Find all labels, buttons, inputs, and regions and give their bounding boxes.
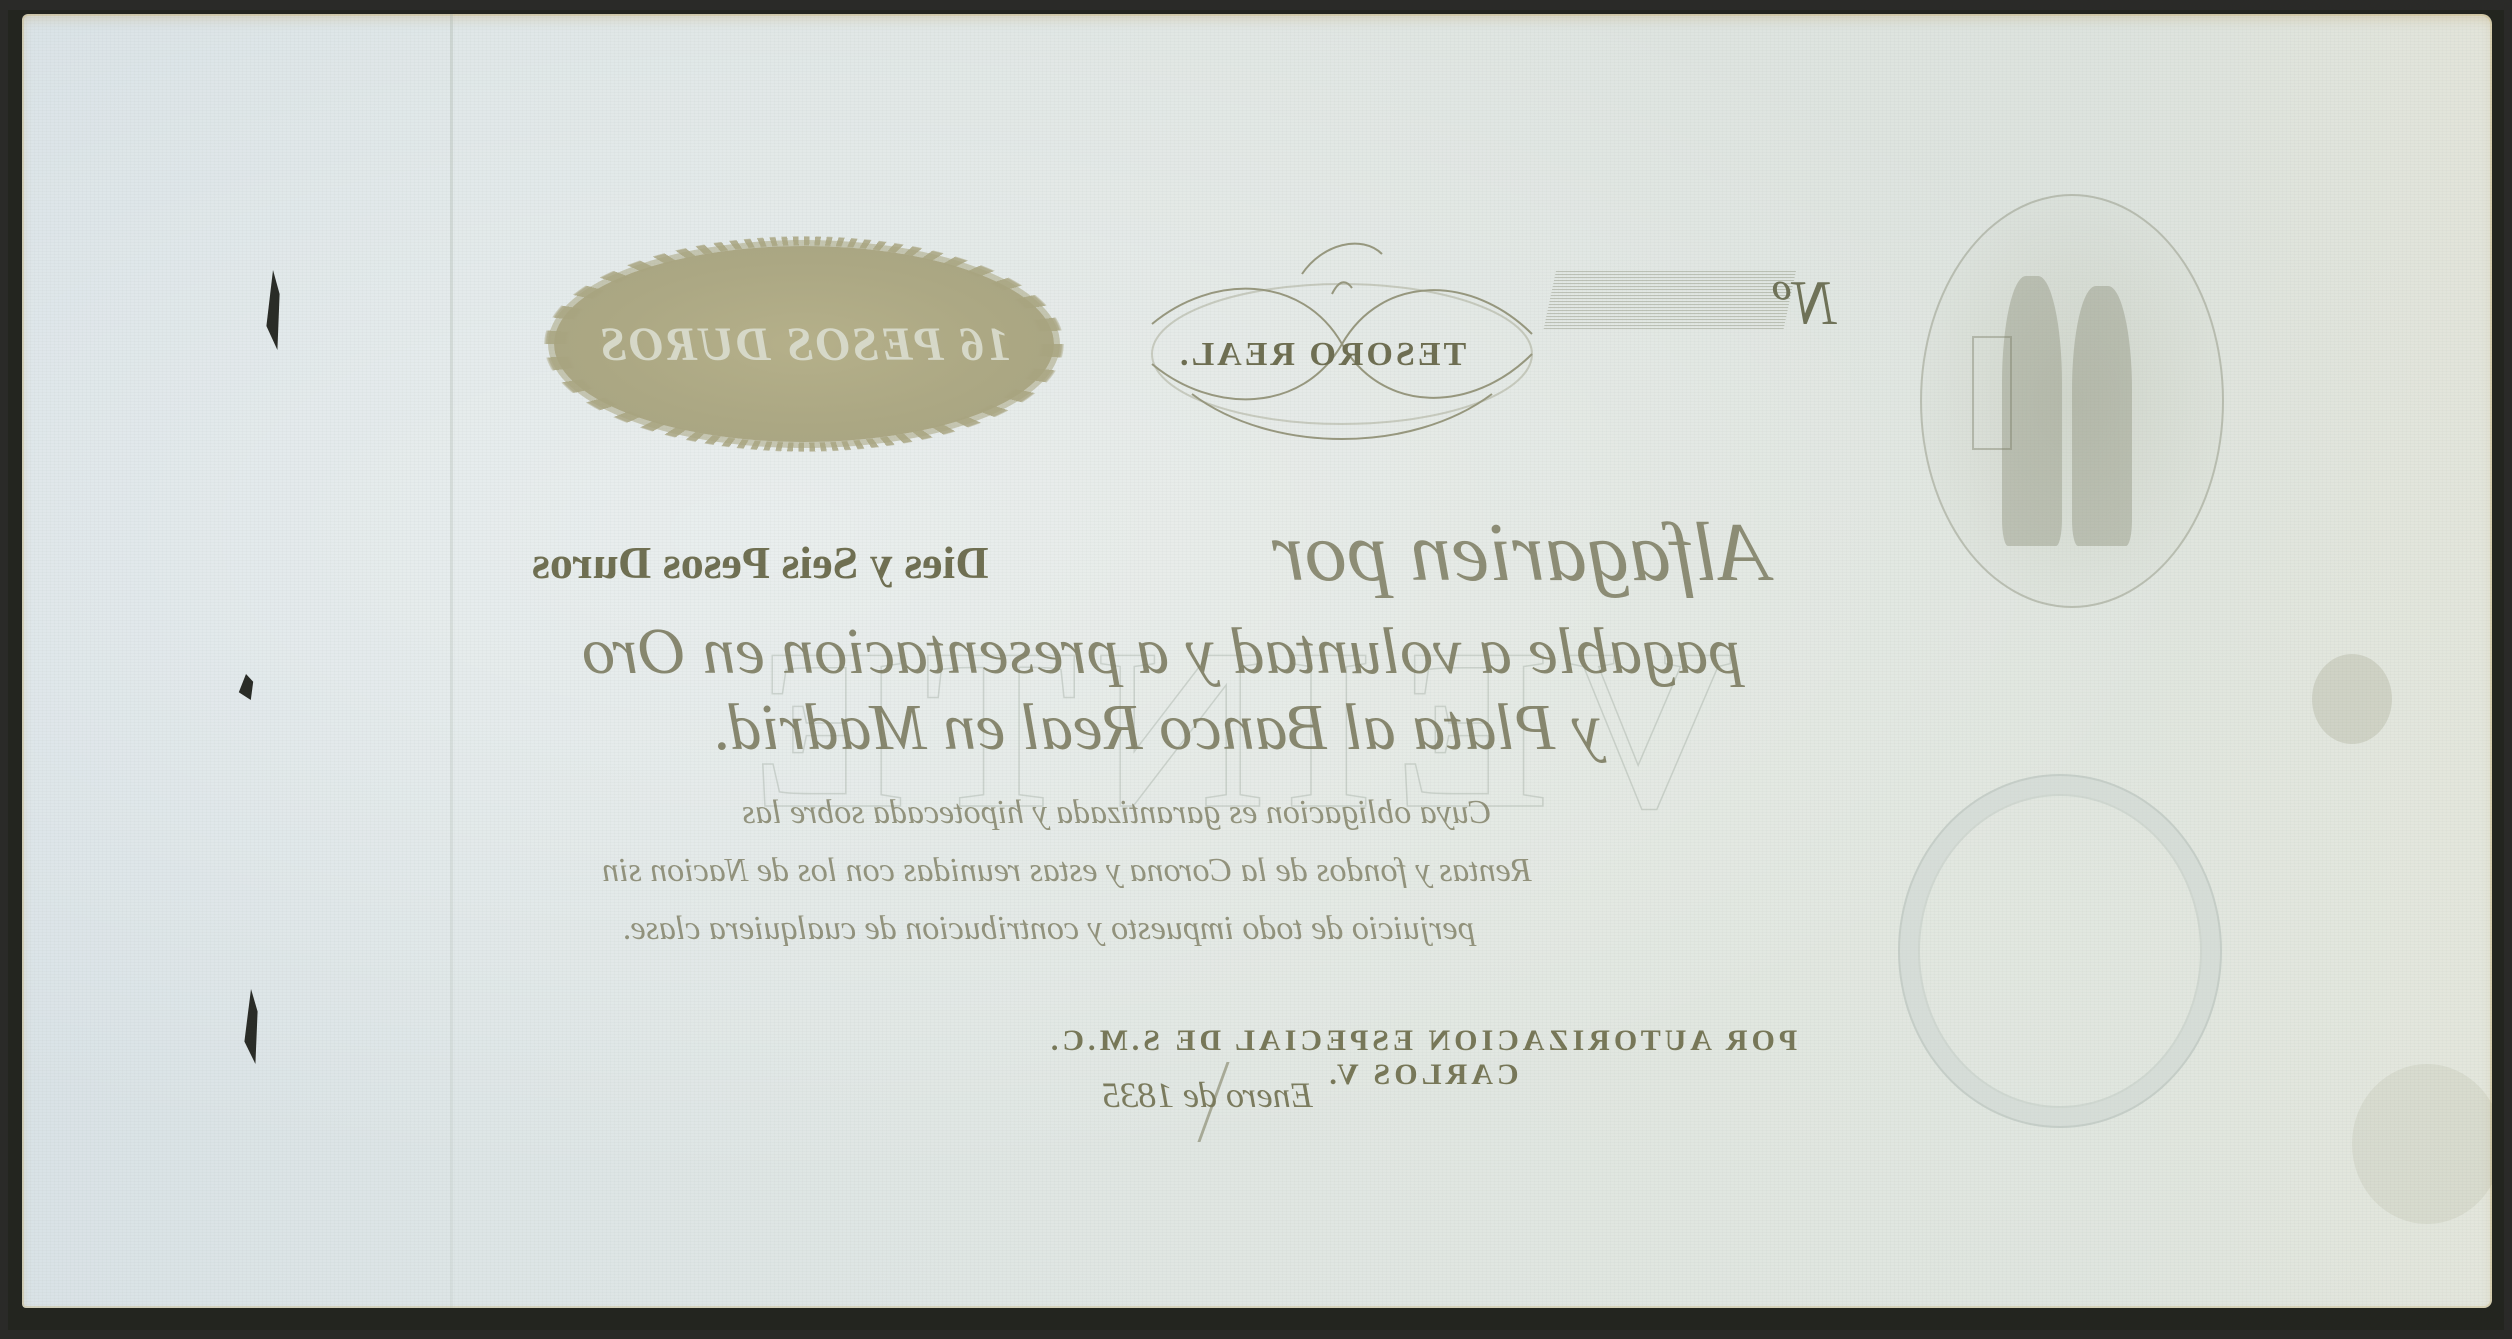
tear-mark	[262, 270, 284, 350]
stain	[2312, 654, 2392, 744]
body-line-4: Cuya obligacion es garantizada y hipotec…	[742, 794, 1492, 832]
body-line-3: y Plata al Banco Real en Madrid.	[712, 690, 1601, 766]
banknote: VEINTE 16 PESOS DUROS TESORO REAL. Nº Di…	[22, 14, 2492, 1308]
title-tesoro-real: TESORO REAL.	[1142, 336, 1502, 374]
amount-in-words: Dies y Seis Pesos Duros	[532, 536, 989, 589]
amount-oval: 16 PESOS DUROS	[554, 246, 1054, 442]
body-line-5: Rentas y fondos de la Corona y estas reu…	[602, 852, 1532, 890]
issue-date: Enero de 1835	[1102, 1074, 1313, 1116]
tear-mark	[234, 674, 258, 700]
tear-mark	[240, 989, 262, 1064]
stain	[2352, 1064, 2492, 1224]
body-line-6: perjuicio de todo impuesto y contribucio…	[622, 910, 1475, 948]
amount-oval-text: 16 PESOS DUROS	[598, 317, 1010, 372]
serial-number-field	[1544, 269, 1797, 329]
body-line-1: Alfagarien por	[1272, 504, 1769, 601]
vignette-medallion	[1920, 194, 2224, 608]
shield-icon	[1972, 336, 2012, 450]
serial-number-label: Nº	[1774, 266, 1837, 340]
figure-right-icon	[2072, 286, 2132, 546]
body-line-2: pagable a voluntad y a presentacion en O…	[582, 614, 1741, 690]
embossed-seal-icon	[1898, 774, 2222, 1128]
